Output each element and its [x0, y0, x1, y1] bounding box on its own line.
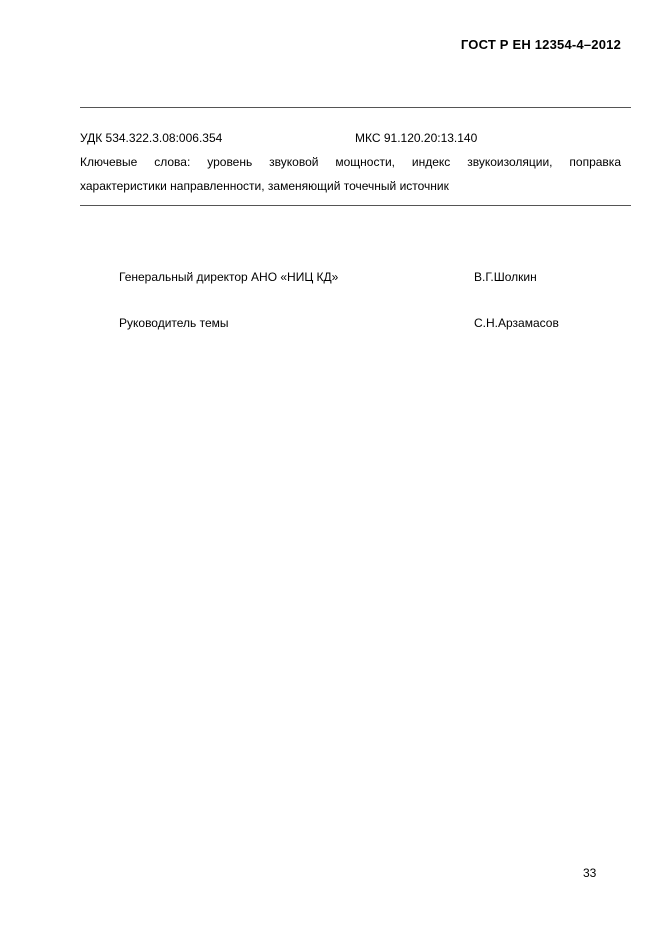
top-divider	[80, 107, 631, 108]
udk-code: УДК 534.322.3.08:006.354	[80, 131, 222, 145]
mks-code: МКС 91.120.20:13.140	[355, 131, 477, 145]
signature-title-topic-lead: Руководитель темы	[119, 316, 229, 330]
document-code-header: ГОСТ Р ЕН 12354-4–2012	[461, 37, 621, 52]
bottom-divider	[80, 205, 631, 206]
page-number: 33	[583, 866, 596, 880]
signature-name-director: В.Г.Шолкин	[474, 270, 537, 284]
keywords-line-2: характеристики направленности, заменяющи…	[80, 179, 449, 193]
signature-title-director: Генеральный директор АНО «НИЦ КД»	[119, 270, 338, 284]
keywords-line-1: Ключевые слова: уровень звуковой мощност…	[80, 155, 621, 169]
signature-name-topic-lead: С.Н.Арзамасов	[474, 316, 559, 330]
